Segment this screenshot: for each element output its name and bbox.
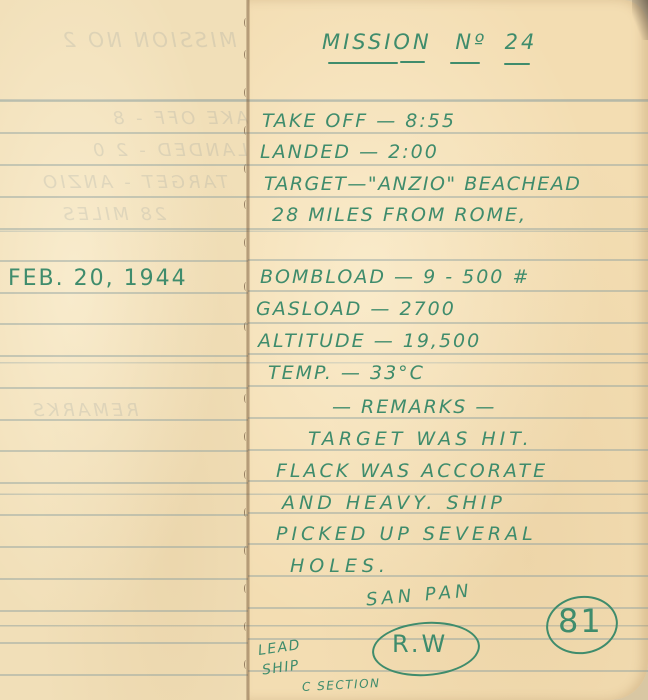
stitch (244, 622, 248, 631)
ghost-line: 28 miles (60, 204, 166, 225)
stitch (244, 50, 248, 59)
lead-note-line: LEAD (257, 637, 302, 659)
rule-line (0, 260, 248, 262)
rule-line (0, 642, 248, 644)
rule-line (0, 292, 248, 294)
ghost-title: Mission No 2 (60, 28, 237, 52)
separator: — (347, 173, 368, 195)
rule-line (248, 196, 648, 198)
lead-note-line: SHIP (261, 657, 301, 678)
rule-line (0, 514, 248, 516)
temp-label: TEMP. (268, 362, 333, 384)
rule-line (248, 228, 648, 230)
rule-line (0, 323, 248, 325)
mission-number: 24 (505, 30, 538, 54)
rule-line (248, 290, 648, 292)
altitude-value: 19,500 (403, 330, 481, 352)
notebook-spread: Mission No 2 Take off - 8 Landed - 2 0 T… (0, 0, 648, 700)
page-corner-shadow (632, 0, 648, 40)
bombload-line: BOMBLOAD — 9 - 500 # (260, 266, 530, 288)
target-note: 28 MILES FROM ROME, (272, 204, 527, 226)
stitch (244, 126, 248, 135)
rule-line (248, 385, 648, 387)
number-sign: Nº (455, 30, 487, 54)
rule-line (0, 132, 248, 134)
temp-line: TEMP. — 33°C (268, 362, 425, 384)
circled-number: 81 (558, 602, 603, 640)
stitch (244, 508, 248, 517)
rule-line (0, 387, 248, 389)
temp-value: 33°C (370, 362, 425, 384)
rule-line (248, 132, 648, 134)
landed-value: 2:00 (388, 141, 439, 163)
mission-label: MISSION (322, 30, 432, 54)
stitch (244, 322, 248, 331)
stitch (244, 88, 248, 97)
remarks-line: HOLES. (290, 555, 390, 577)
gasload-label: GASLOAD (256, 298, 362, 320)
stitch (244, 200, 248, 209)
takeoff-value: 8:55 (405, 110, 456, 132)
remarks-line: AND HEAVY. SHIP (282, 492, 506, 514)
stitch (244, 584, 248, 593)
target-label: TARGET (264, 173, 347, 195)
altitude-line: ALTITUDE — 19,500 (258, 330, 481, 352)
takeoff-label: TAKE OFF (262, 110, 368, 132)
takeoff-line: TAKE OFF — 8:55 (262, 110, 456, 132)
landed-line: LANDED — 2:00 (260, 141, 439, 163)
target-line: TARGET—"ANZIO" BEACHEAD (264, 173, 581, 195)
landed-label: LANDED (260, 141, 351, 163)
remarks-line: FLACK WAS ACCORATE (276, 460, 548, 482)
lead-note-line: C SECTION (302, 676, 381, 694)
bombload-value: 9 - 500 # (423, 266, 530, 288)
separator: — (366, 330, 403, 352)
right-page: MISSION Nº 24 TAKE OFF — 8:55 LANDED — 2… (248, 0, 648, 700)
title-underline (400, 61, 425, 63)
stitch (244, 282, 248, 291)
rule-line (248, 100, 648, 102)
stitch (244, 660, 248, 669)
stitch (244, 238, 248, 247)
rule-line (0, 100, 248, 102)
rule-line (248, 259, 648, 261)
title-underline (450, 62, 480, 64)
left-page: Mission No 2 Take off - 8 Landed - 2 0 T… (0, 0, 248, 700)
rule-line (0, 546, 248, 548)
rule-line (248, 322, 648, 324)
rule-line (0, 674, 248, 676)
mission-title: MISSION Nº 24 (322, 30, 537, 54)
ghost-line: Remarks (30, 400, 138, 421)
separator: — (333, 362, 370, 384)
notebook-spine (246, 0, 250, 700)
separator: — (362, 298, 399, 320)
rule-line (0, 578, 248, 580)
separator: — (368, 110, 405, 132)
initials: R.W (392, 630, 448, 658)
rule-line (0, 228, 248, 230)
stitch (244, 432, 248, 441)
stitch (244, 546, 248, 555)
rule-line (248, 164, 648, 166)
remarks-line: PICKED UP SEVERAL (276, 523, 537, 545)
gasload-value: 2700 (399, 298, 455, 320)
rule-line (0, 450, 248, 452)
title-underline (328, 62, 398, 64)
remarks-line: TARGET WAS HIT. (308, 428, 533, 450)
remarks-heading: — REMARKS — (332, 396, 496, 418)
target-value: "ANZIO" BEACHEAD (368, 173, 582, 195)
stitch (244, 470, 248, 479)
separator: — (386, 266, 423, 288)
gasload-line: GASLOAD — 2700 (256, 298, 456, 320)
entry-date: Feb. 20, 1944 (8, 266, 188, 291)
stitch (244, 164, 248, 173)
altitude-label: ALTITUDE (258, 330, 366, 352)
rule-line (248, 353, 648, 355)
stitch (244, 18, 248, 27)
bombload-label: BOMBLOAD (260, 266, 386, 288)
title-underline (504, 63, 530, 65)
rule-line (0, 355, 248, 357)
rule-line (0, 482, 248, 484)
stitch (244, 394, 248, 403)
ghost-line: Take off - 8 (110, 108, 261, 129)
rule-line (0, 196, 248, 198)
ghost-line: Landed - 2 0 (90, 140, 247, 161)
rule-line (0, 610, 248, 612)
ghost-line: Target - Anzio (40, 172, 228, 193)
separator: — (351, 141, 388, 163)
rule-line (0, 164, 248, 166)
